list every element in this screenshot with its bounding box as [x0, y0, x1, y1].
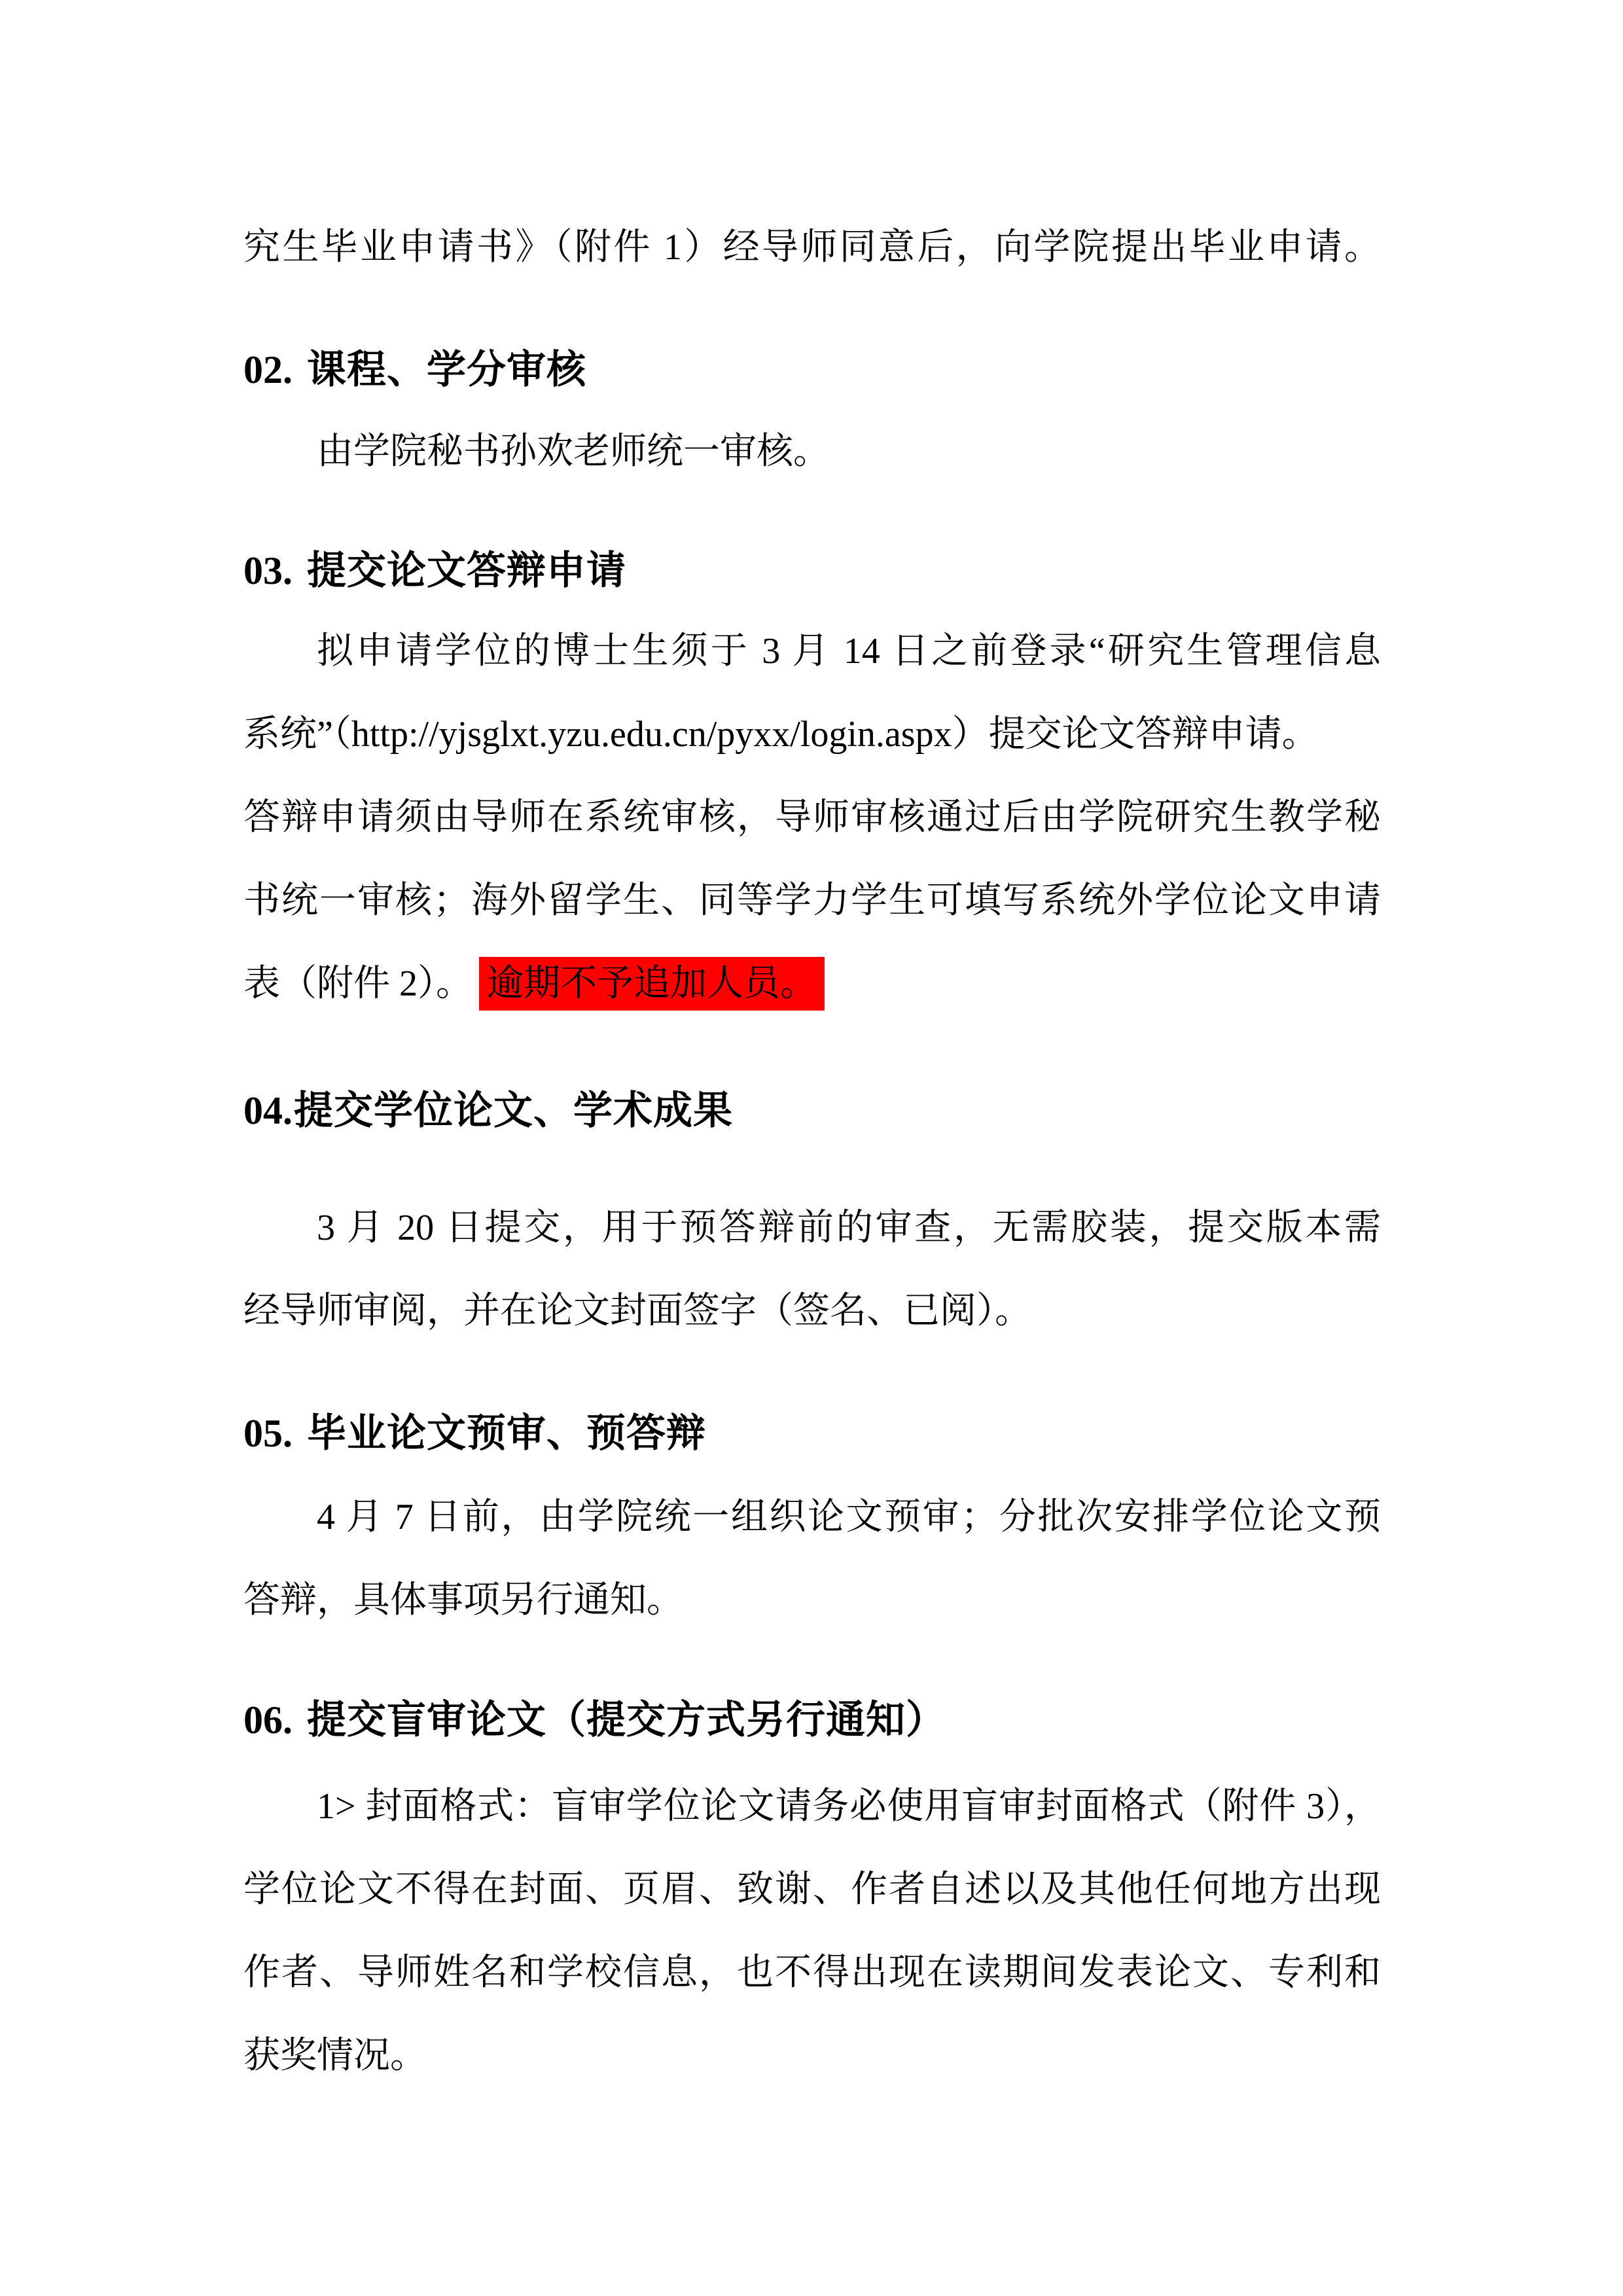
paragraph-line-intro: 究生毕业申请书》（附件 1）经导师同意后，向学院提出毕业申请。 [243, 221, 1381, 274]
section-number: 05. [243, 1412, 293, 1455]
paragraph-line: 拟申请学位的博士生须于 3 月 14 日之前登录“研究生管理信息 [243, 625, 1381, 677]
section-number: 06. [243, 1698, 293, 1742]
section-number: 03. [243, 549, 293, 592]
section-title: 提交盲审论文（提交方式另行通知） [307, 1698, 946, 1742]
paragraph-line: 作者、导师姓名和学校信息，也不得出现在读期间发表论文、专利和 [243, 1946, 1381, 1999]
paragraph-line: 获奖情况。 [243, 2030, 1381, 2082]
document-page: 究生毕业申请书》（附件 1）经导师同意后，向学院提出毕业申请。 02.课程、学分… [0, 0, 1623, 2296]
section-heading-06: 06.提交盲审论文（提交方式另行通知） [243, 1694, 1381, 1746]
section-title: 提交论文答辩申请 [307, 548, 626, 592]
paragraph-line: 表（附件 2）。逾期不予追加人员。 [243, 958, 1381, 1010]
paragraph-line: 系统”（http://yjsglxt.yzu.edu.cn/pyxx/login… [243, 708, 1381, 761]
section-title: 提交学位论文、学术成果 [294, 1088, 733, 1132]
paragraph-line: 学位论文不得在封面、页眉、致谢、作者自述以及其他任何地方出现 [243, 1863, 1381, 1916]
paragraph-line: 经导师审阅，并在论文封面签字（签名、已阅）。 [243, 1285, 1381, 1337]
section-title: 课程、学分审核 [307, 348, 586, 391]
url-text: http://yjsglxt.yzu.edu.cn/pyxx/login.asp… [351, 714, 952, 755]
paragraph-line: 4 月 7 日前，由学院统一组织论文预审；分批次安排学位论文预 [243, 1491, 1381, 1543]
paragraph-line: 书统一审核；海外留学生、同等学力学生可填写系统外学位论文申请 [243, 874, 1381, 927]
section-heading-05: 05.毕业论文预审、预答辩 [243, 1407, 1381, 1460]
url-line-pre: 系统”（ [243, 714, 351, 755]
paragraph-line: 答辩申请须由导师在系统审核，导师审核通过后由学院研究生教学秘 [243, 791, 1381, 844]
paragraph-line: 答辩，具体事项另行通知。 [243, 1574, 1381, 1626]
highlight-line-pre: 表（附件 2）。 [243, 963, 473, 1004]
paragraph-line: 3 月 20 日提交，用于预答辩前的审查，无需胶装，提交版本需 [243, 1202, 1381, 1254]
deadline-highlight: 逾期不予追加人员。 [479, 957, 825, 1011]
section-heading-04: 04.提交学位论文、学术成果 [243, 1085, 1381, 1137]
paragraph-line: 1> 封面格式：盲审学位论文请务必使用盲审封面格式（附件 3）， [243, 1780, 1381, 1833]
url-line-post: ）提交论文答辩申请。 [952, 714, 1319, 755]
section-title: 毕业论文预审、预答辩 [307, 1411, 706, 1455]
paragraph-line: 由学院秘书孙欢老师统一审核。 [243, 425, 1381, 478]
section-number: 02. [243, 348, 293, 391]
section-heading-02: 02.课程、学分审核 [243, 344, 1381, 396]
section-number: 04. [243, 1089, 293, 1132]
section-heading-03: 03.提交论文答辩申请 [243, 545, 1381, 597]
